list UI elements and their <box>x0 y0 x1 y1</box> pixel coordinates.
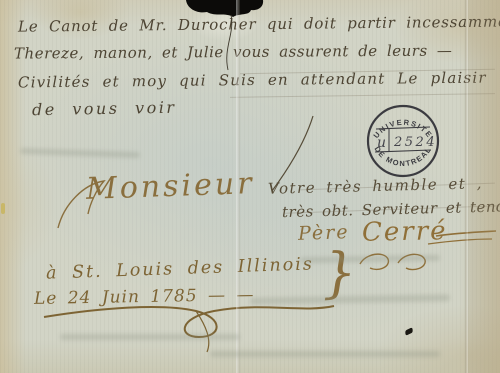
library-stamp: UNIVERSITE DE MONTREAL u 2524 <box>364 102 442 180</box>
dateline-date: Le 24 Juin 1785 — — <box>34 287 255 308</box>
body-line-4: de vous voir <box>32 100 177 119</box>
salutation: Monsieur <box>86 169 255 205</box>
stamp-accession-letter: u <box>377 135 386 151</box>
stamp-border-circle <box>368 106 438 176</box>
bleedthrough-smudge <box>210 351 440 357</box>
bleedthrough-smudge <box>300 255 440 263</box>
letter-scan: Le Canot de Mr. Durocher qui doit partir… <box>0 0 500 373</box>
body-line-2: Thereze, manon, et Julie vous assurent d… <box>14 43 453 61</box>
stamp-lower-rule <box>375 150 431 152</box>
body-line-1: Le Canot de Mr. Durocher qui doit partir… <box>18 14 500 34</box>
signature: Cerré <box>362 218 448 245</box>
stamp-bottom-text: DE MONTREAL <box>373 145 434 168</box>
stamp-upper-rule <box>376 127 430 129</box>
stamp-accession-number: 2524 <box>393 135 437 150</box>
svg-text:DE MONTREAL: DE MONTREAL <box>373 145 434 168</box>
bleedthrough-smudge <box>60 334 240 340</box>
svg-text:UNIVERSITE: UNIVERSITE <box>372 118 435 140</box>
ink-speck <box>405 327 413 336</box>
stamp-top-text: UNIVERSITE <box>372 118 435 140</box>
dateline-brace: } <box>321 245 357 300</box>
bleedthrough-smudge <box>20 148 140 158</box>
dateline-place: à St. Louis des Illinois <box>46 256 314 283</box>
crease-rule-2 <box>230 93 495 98</box>
yellow-fleck <box>1 203 5 214</box>
